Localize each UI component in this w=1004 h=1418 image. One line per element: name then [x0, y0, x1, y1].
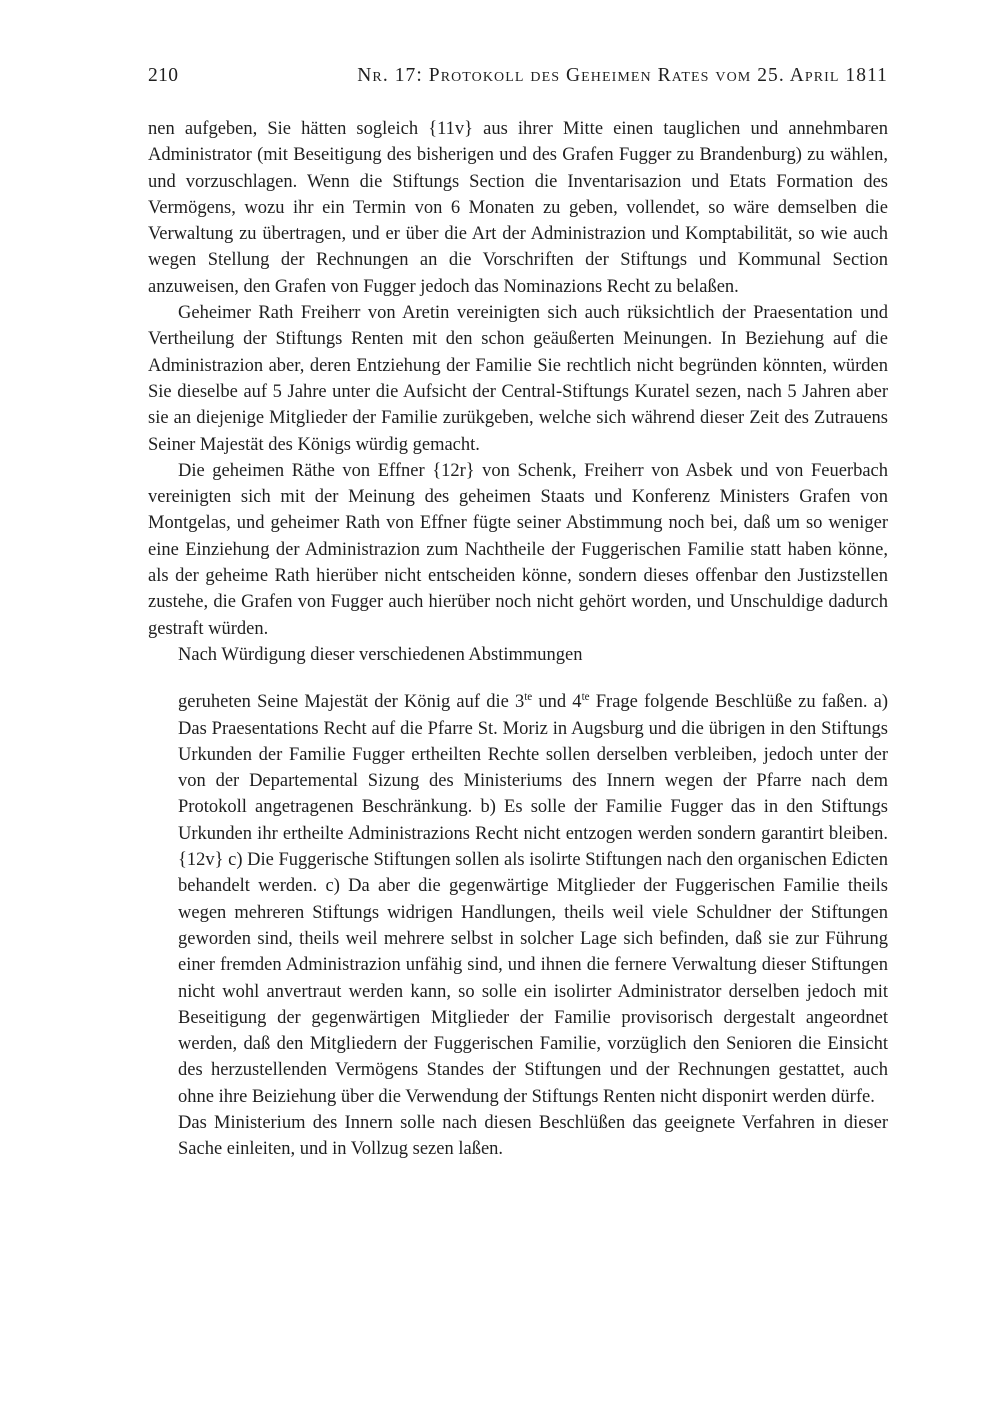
- ordinal-superscript-4te: te: [582, 691, 590, 703]
- paragraph-effner-vote: Die geheimen Räthe von Effner {12r} von …: [148, 458, 888, 642]
- resolution-paragraph: geruheten Seine Majestät der König auf d…: [178, 689, 888, 1110]
- body-text: nen aufgeben, Sie hätten sogleich {11v} …: [148, 116, 888, 1163]
- page-number: 210: [148, 64, 178, 88]
- resolution-text-1: geruheten Seine Majestät der König auf d…: [178, 692, 524, 712]
- resolution-block: geruheten Seine Majestät der König auf d…: [178, 689, 888, 1162]
- text-column: 210 Nr. 17: Protokoll des Geheimen Rates…: [148, 64, 888, 1163]
- document-page: 210 Nr. 17: Protokoll des Geheimen Rates…: [0, 0, 1004, 1418]
- resolution-text-2: und 4: [532, 692, 581, 712]
- page-header: 210 Nr. 17: Protokoll des Geheimen Rates…: [148, 64, 888, 88]
- paragraph-aretin-vote: Geheimer Rath Freiherr von Aretin verein…: [148, 300, 888, 458]
- resolution-text-3: Frage folgende Beschlüße zu faßen. a) Da…: [178, 692, 888, 1106]
- running-head: Nr. 17: Protokoll des Geheimen Rates vom…: [357, 64, 888, 88]
- paragraph-continuation: nen aufgeben, Sie hätten sogleich {11v} …: [148, 116, 888, 300]
- closing-paragraph: Das Ministerium des Innern solle nach di…: [178, 1110, 888, 1163]
- paragraph-transition: Nach Würdigung dieser verschiedenen Abst…: [148, 642, 888, 668]
